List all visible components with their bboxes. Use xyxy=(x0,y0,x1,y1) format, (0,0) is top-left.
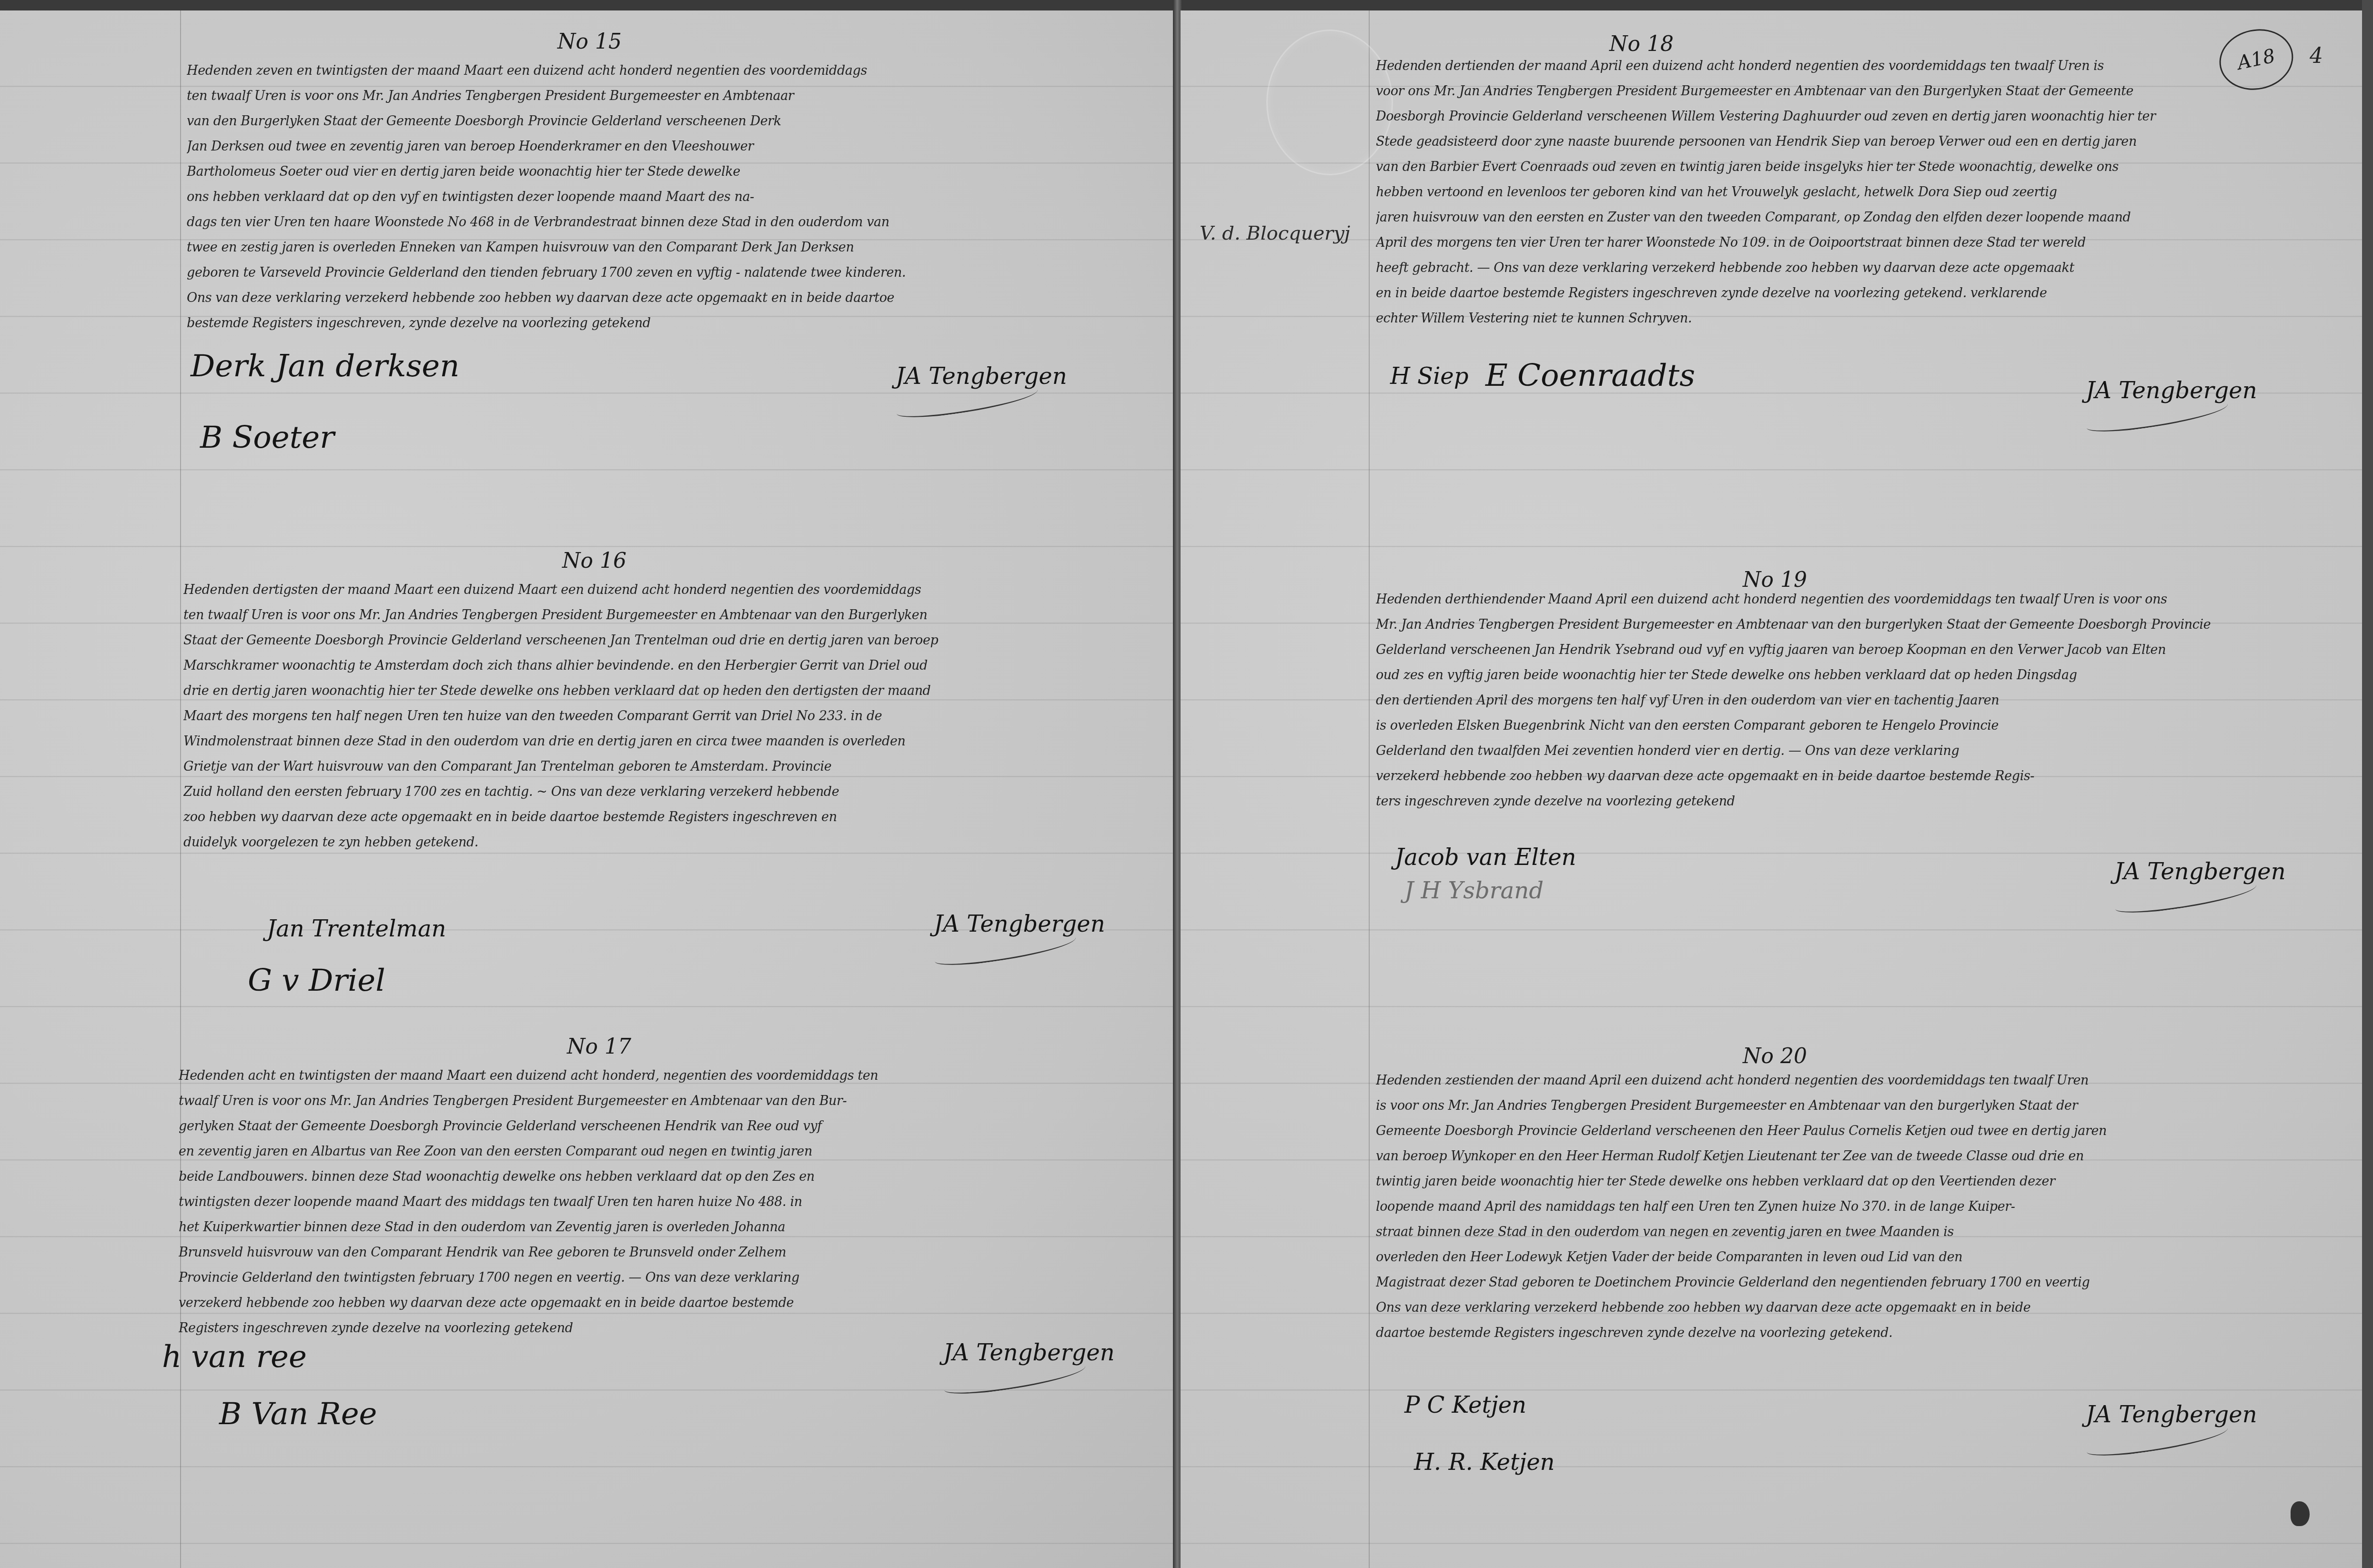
record-17: No 17 Hedenden acht en twintigsten der m… xyxy=(0,1025,1173,1568)
witness-signature: Derk Jan derksen xyxy=(191,349,459,384)
record-number: No 15 xyxy=(557,30,622,54)
text-line: den dertienden April des morgens ten hal… xyxy=(1376,688,2353,713)
text-line: is voor ons Mr. Jan Andries Tengbergen P… xyxy=(1376,1093,2353,1118)
text-line: ters ingeschreven zynde dezelve na voorl… xyxy=(1376,789,2353,814)
registrar-signature: JA Tengbergen xyxy=(2086,1401,2257,1428)
ink-blot xyxy=(2291,1501,2310,1526)
text-line: Hedenden dertigsten der maand Maart een … xyxy=(183,577,1170,603)
text-line: Ons van deze verklaring verzekerd hebben… xyxy=(1376,1295,2353,1320)
witness-signature: P C Ketjen xyxy=(1404,1392,1526,1418)
text-line: Bartholomeus Soeter oud vier en dertig j… xyxy=(187,159,1168,184)
witness-signature: J H Ysbrand xyxy=(1404,877,1544,904)
text-line: voor ons Mr. Jan Andries Tengbergen Pres… xyxy=(1376,79,2353,104)
text-line: Grietje van der Wart huisvrouw van den C… xyxy=(183,754,1170,779)
record-18: No 18 Hedenden dertienden der maand Apri… xyxy=(1181,10,2362,534)
text-line: van den Barbier Evert Coenraads oud zeve… xyxy=(1376,154,2353,180)
witness-signature: G v Driel xyxy=(248,963,385,998)
text-line: Hedenden derthiendender Maand April een … xyxy=(1376,587,2353,612)
text-line: beide Landbouwers. binnen deze Stad woon… xyxy=(179,1164,1170,1189)
record-15: No 15 Hedenden zeven en twintigsten der … xyxy=(0,10,1173,525)
text-line: Stede geadsisteerd door zyne naaste buur… xyxy=(1376,129,2353,154)
text-line: twintigsten dezer loopende maand Maart d… xyxy=(179,1189,1170,1215)
record-16: No 16 Hedenden dertigsten der maand Maar… xyxy=(0,530,1173,1020)
record-number: No 18 xyxy=(1609,32,1674,56)
text-line: heeft gebracht. — Ons van deze verklarin… xyxy=(1376,255,2353,281)
witness-signature: H Siep xyxy=(1390,363,1468,390)
text-line: ten twaalf Uren is voor ons Mr. Jan Andr… xyxy=(183,603,1170,628)
text-line: Gemeente Doesborgh Provincie Gelderland … xyxy=(1376,1118,2353,1144)
text-line: zoo hebben wy daarvan deze acte opgemaak… xyxy=(183,804,1170,830)
text-line: Gelderland den twaalfden Mei zeventien h… xyxy=(1376,738,2353,764)
registrar-signature: JA Tengbergen xyxy=(2114,858,2286,885)
text-line: echter Willem Vestering niet te kunnen S… xyxy=(1376,306,2353,331)
text-line: Zuid holland den eersten february 1700 z… xyxy=(183,779,1170,804)
record-19: No 19 Hedenden derthiendender Maand Apri… xyxy=(1181,553,2362,1030)
text-line: loopende maand April des namiddags ten h… xyxy=(1376,1194,2353,1219)
text-line: Hedenden dertienden der maand April een … xyxy=(1376,53,2353,79)
text-line: Hedenden zeven en twintigsten der maand … xyxy=(187,58,1168,83)
text-line: Provincie Gelderland den twintigsten feb… xyxy=(179,1265,1170,1290)
witness-signature: H. R. Ketjen xyxy=(1414,1449,1555,1476)
left-page: No 15 Hedenden zeven en twintigsten der … xyxy=(0,10,1176,1568)
text-line: Marschkramer woonachtig te Amsterdam doc… xyxy=(183,653,1170,678)
text-line: Registers ingeschreven zynde dezelve na … xyxy=(179,1316,1170,1341)
record-text: Hedenden zestienden der maand April een … xyxy=(1376,1068,2353,1346)
text-line: twaalf Uren is voor ons Mr. Jan Andries … xyxy=(179,1088,1170,1114)
text-line: gerlyken Staat der Gemeente Doesborgh Pr… xyxy=(179,1114,1170,1139)
text-line: twintig jaren beide woonachtig hier ter … xyxy=(1376,1169,2353,1194)
record-text: Hedenden derthiendender Maand April een … xyxy=(1376,587,2353,814)
witness-signature: Jacob van Elten xyxy=(1395,844,1576,871)
text-line: en zeventig jaren en Albartus van Ree Zo… xyxy=(179,1139,1170,1164)
registrar-signature: JA Tengbergen xyxy=(2086,377,2257,404)
text-line: daartoe bestemde Registers ingeschreven … xyxy=(1376,1320,2353,1346)
text-line: ons hebben verklaard dat op den vyf en t… xyxy=(187,184,1168,210)
text-line: Ons van deze verklaring verzekerd hebben… xyxy=(187,285,1168,311)
text-line: verzekerd hebbende zoo hebben wy daarvan… xyxy=(179,1290,1170,1316)
witness-signature: Jan Trentelman xyxy=(267,915,446,942)
text-line: Windmolenstraat binnen deze Stad in den … xyxy=(183,729,1170,754)
witness-signature: B Van Ree xyxy=(219,1397,377,1432)
text-line: bestemde Registers ingeschreven, zynde d… xyxy=(187,311,1168,336)
text-line: duidelyk voorgelezen te zyn hebben getek… xyxy=(183,830,1170,855)
text-line: Staat der Gemeente Doesborgh Provincie G… xyxy=(183,628,1170,653)
text-line: overleden den Heer Lodewyk Ketjen Vader … xyxy=(1376,1245,2353,1270)
text-line: het Kuiperkwartier binnen deze Stad in d… xyxy=(179,1215,1170,1240)
record-text: Hedenden dertigsten der maand Maart een … xyxy=(183,577,1170,855)
text-line: Magistraat dezer Stad geboren te Doetinc… xyxy=(1376,1270,2353,1295)
text-line: jaren huisvrouw van den eersten en Zuste… xyxy=(1376,205,2353,230)
witness-signature: B Soeter xyxy=(200,420,334,455)
witness-signature: h van ree xyxy=(162,1339,307,1375)
right-page: A18 4 V. d. Blocqueryj No 18 Hedenden de… xyxy=(1181,10,2362,1568)
record-number: No 20 xyxy=(1743,1044,1807,1068)
book-edge xyxy=(2362,0,2373,1568)
text-line: April des morgens ten vier Uren ter hare… xyxy=(1376,230,2353,255)
text-line: Jan Derksen oud twee en zeventig jaren v… xyxy=(187,134,1168,159)
record-number: No 16 xyxy=(562,549,626,573)
record-text: Hedenden dertienden der maand April een … xyxy=(1376,53,2353,331)
record-number: No 17 xyxy=(567,1035,631,1059)
record-text: Hedenden zeven en twintigsten der maand … xyxy=(187,58,1168,336)
text-line: van den Burgerlyken Staat der Gemeente D… xyxy=(187,109,1168,134)
text-line: dags ten vier Uren ten haare Woonstede N… xyxy=(187,210,1168,235)
record-20: No 20 Hedenden zestienden der maand Apri… xyxy=(1181,1030,2362,1568)
text-line: Hedenden acht en twintigsten der maand M… xyxy=(179,1063,1170,1088)
text-line: en in beide daartoe bestemde Registers i… xyxy=(1376,281,2353,306)
text-line: van beroep Wynkoper en den Heer Herman R… xyxy=(1376,1144,2353,1169)
text-line: oud zes en vyftig jaren beide woonachtig… xyxy=(1376,663,2353,688)
registrar-signature: JA Tengbergen xyxy=(896,363,1067,390)
text-line: Hedenden zestienden der maand April een … xyxy=(1376,1068,2353,1093)
record-text: Hedenden acht en twintigsten der maand M… xyxy=(179,1063,1170,1341)
text-line: straat binnen deze Stad in den ouderdom … xyxy=(1376,1219,2353,1245)
text-line: Doesborgh Provincie Gelderland verscheen… xyxy=(1376,104,2353,129)
text-line: geboren te Varseveld Provincie Gelderlan… xyxy=(187,260,1168,285)
text-line: is overleden Elsken Buegenbrink Nicht va… xyxy=(1376,713,2353,738)
text-line: hebben vertoond en levenloos ter geboren… xyxy=(1376,180,2353,205)
registrar-signature: JA Tengbergen xyxy=(934,911,1105,937)
text-line: Mr. Jan Andries Tengbergen President Bur… xyxy=(1376,612,2353,637)
registrar-signature: JA Tengbergen xyxy=(943,1339,1115,1366)
text-line: verzekerd hebbende zoo hebben wy daarvan… xyxy=(1376,764,2353,789)
witness-signature: E Coenraadts xyxy=(1485,358,1695,393)
text-line: Gelderland verscheenen Jan Hendrik Ysebr… xyxy=(1376,637,2353,663)
text-line: drie en dertig jaren woonachtig hier ter… xyxy=(183,678,1170,704)
text-line: twee en zestig jaren is overleden Enneke… xyxy=(187,235,1168,260)
text-line: Brunsveld huisvrouw van den Comparant He… xyxy=(179,1240,1170,1265)
text-line: ten twaalf Uren is voor ons Mr. Jan Andr… xyxy=(187,83,1168,109)
text-line: Maart des morgens ten half negen Uren te… xyxy=(183,704,1170,729)
